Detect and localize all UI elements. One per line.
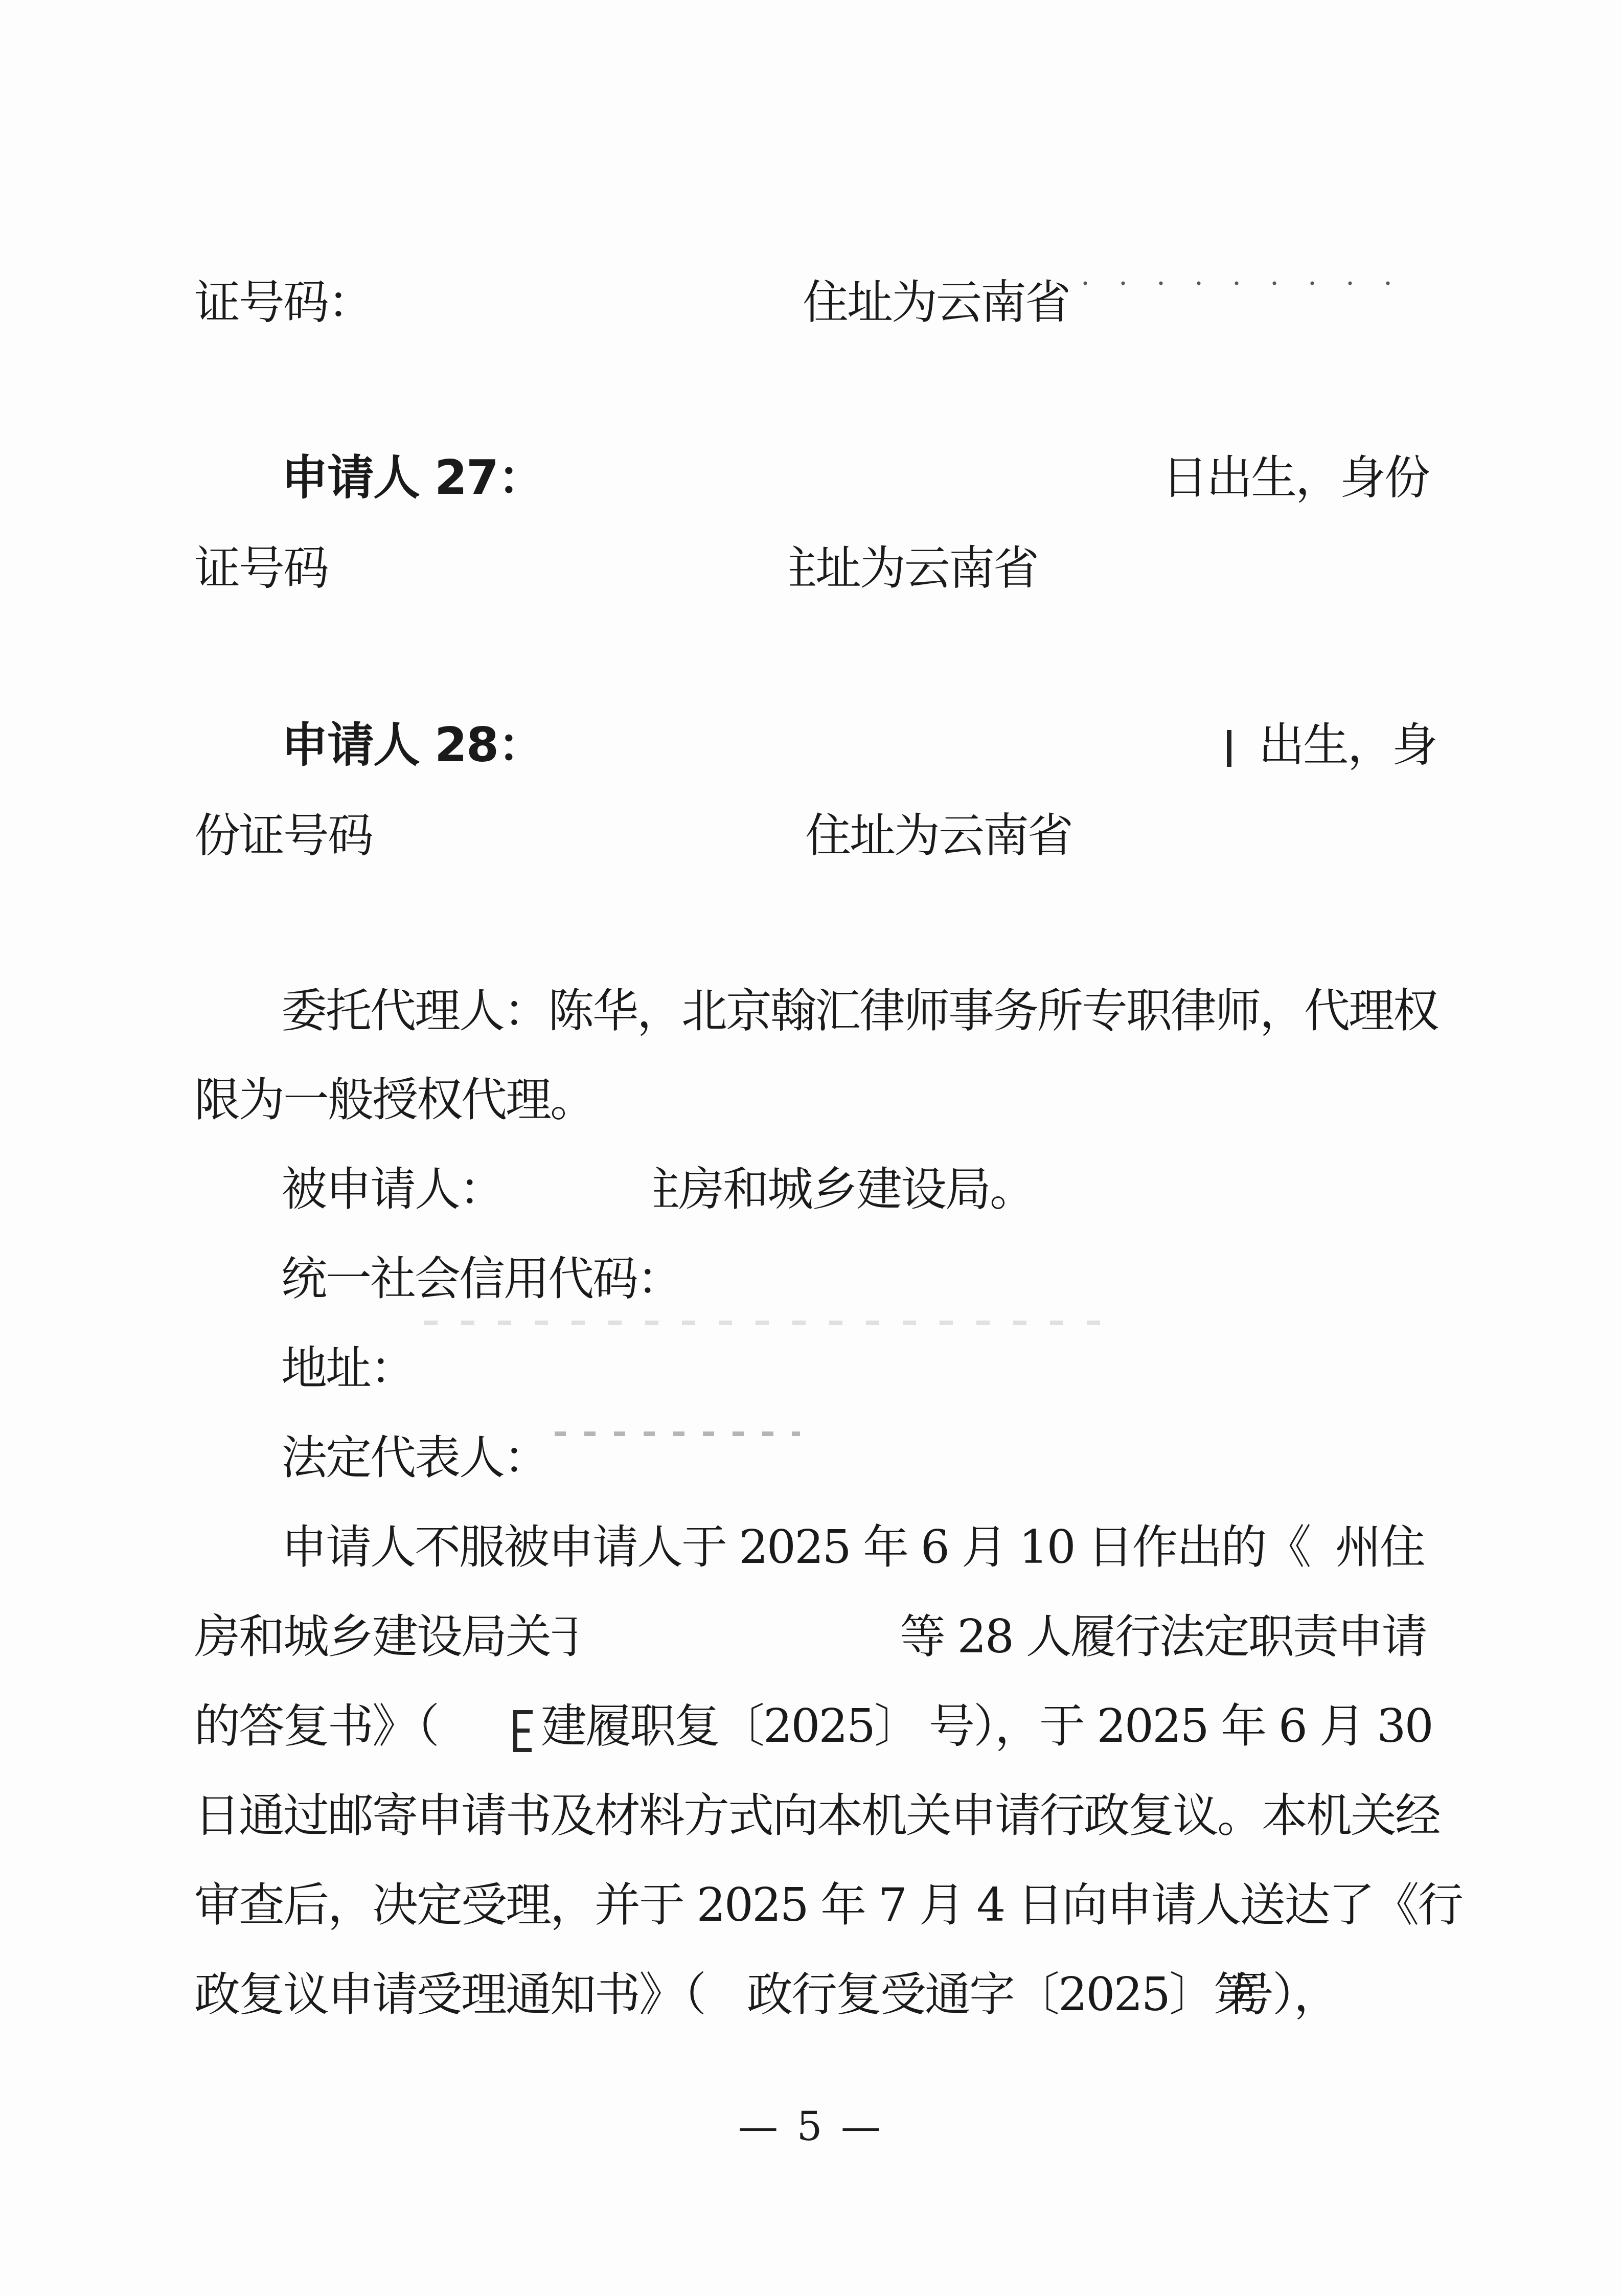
redaction-patch: [767, 542, 790, 606]
birth-id-suffix-fragment: 出生，身: [1259, 715, 1436, 776]
text-line-9: 统一社会信用代码：: [0, 1248, 1622, 1325]
text-line-17: 政复议申请受理通知书》（ 政行复受通字〔2025〕第 号），: [0, 1964, 1622, 2041]
page-number: — 5 —: [0, 2104, 1622, 2150]
applicant-27-heading: 申请人 27：: [281, 447, 544, 509]
text-line-16: 审查后，决定受理，并于 2025 年 7 月 4 日向申请人送达了《行: [0, 1875, 1622, 1951]
doc-number-fragment: 建履职复〔2025〕: [541, 1696, 919, 1757]
respondent-name-fragment: 住房和城乡建设局。: [634, 1159, 1034, 1220]
id-number-label-fragment: 份证号码: [194, 805, 372, 867]
attorney-line: 委托代理人：陈华，北京翰汇律师事务所专职律师，代理权: [281, 981, 1437, 1042]
bureau-name-fragment: 房和城乡建设局关于: [194, 1606, 595, 1668]
credit-code-label: 统一社会信用代码：: [281, 1248, 681, 1310]
redaction-patch: [577, 1610, 600, 1676]
redacted-text-residue-dots: [1083, 280, 1404, 286]
birth-id-suffix-fragment: 日出生，身份: [1162, 447, 1429, 509]
case-intro-fragment: 申请人不服被申请人于 2025 年 6 月 10 日作出的《: [281, 1517, 1310, 1578]
text-line-11: 法定代表人：: [0, 1427, 1622, 1504]
acceptance-decision-line: 审查后，决定受理，并于 2025 年 7 月 4 日向申请人送达了《行: [194, 1875, 1462, 1936]
respondent-label: 被申请人：: [281, 1159, 504, 1220]
id-number-label-fragment: 证号码：: [194, 272, 372, 333]
applicant-28-heading: 申请人 28：: [281, 715, 544, 776]
text-line-2: 申请人 27： 日出生，身份: [0, 447, 1622, 524]
legal-representative-label: 法定代表人：: [281, 1427, 548, 1489]
text-line-4: 申请人 28： 出生，身: [0, 715, 1622, 791]
applicants-count-fragment: 等 28 人履行法定职责申请: [900, 1606, 1426, 1668]
scanned-document-page: 证号码： 住址为云南省 申请人 27： 日出生，身份 证号码 住址为云南省 申请…: [0, 0, 1622, 2296]
address-label: 地址：: [281, 1338, 415, 1399]
doc-number-tail-fragment: 号），于 2025 年 6 月 30: [929, 1696, 1432, 1757]
acceptance-doc-number-fragment: 政行复受通字〔2025〕第: [747, 1964, 1258, 2026]
text-line-6: 委托代理人：陈华，北京翰汇律师事务所专职律师，代理权: [0, 981, 1622, 1057]
text-line-1: 证号码： 住址为云南省: [0, 272, 1622, 349]
reply-doc-fragment: 的答复书》（: [194, 1696, 438, 1757]
redacted-text-residue-dashes: [424, 1321, 1109, 1325]
address-province-fragment: 住址为云南省: [805, 805, 1072, 867]
acceptance-doc-tail-fragment: 号），: [1228, 1964, 1338, 2026]
text-line-3: 证号码 住址为云南省: [0, 538, 1622, 615]
prefecture-fragment: 州住: [1335, 1517, 1424, 1578]
review-request-line: 日通过邮寄申请书及材料方式向本机关申请行政复议。本机关经: [194, 1785, 1440, 1847]
attorney-line-wrap: 限为一般授权代理。: [194, 1070, 595, 1131]
text-line-5: 份证号码 住址为云南省: [0, 805, 1622, 882]
redacted-text-residue-dashes: [555, 1431, 800, 1436]
redacted-character-residue: [513, 1710, 538, 1752]
address-province-fragment: 住址为云南省: [803, 272, 1069, 333]
acceptance-notice-fragment: 政复议申请受理通知书》（: [194, 1964, 705, 2026]
address-province-fragment: 住址为云南省: [771, 538, 1038, 599]
text-line-15: 日通过邮寄申请书及材料方式向本机关申请行政复议。本机关经: [0, 1785, 1622, 1862]
text-line-13: 房和城乡建设局关于 等 28 人履行法定职责申请: [0, 1606, 1622, 1683]
text-line-12: 申请人不服被申请人于 2025 年 6 月 10 日作出的《 州住: [0, 1517, 1622, 1594]
text-line-10: 地址：: [0, 1338, 1622, 1415]
id-number-label-fragment: 证号码: [194, 538, 328, 599]
redacted-character-residue-tick: [1227, 730, 1231, 767]
text-line-14: 的答复书》（ 建履职复〔2025〕 号），于 2025 年 6 月 30: [0, 1696, 1622, 1772]
text-line-7: 限为一般授权代理。: [0, 1070, 1622, 1146]
redaction-patch: [630, 1163, 654, 1229]
text-line-8: 被申请人： 住房和城乡建设局。: [0, 1159, 1622, 1236]
